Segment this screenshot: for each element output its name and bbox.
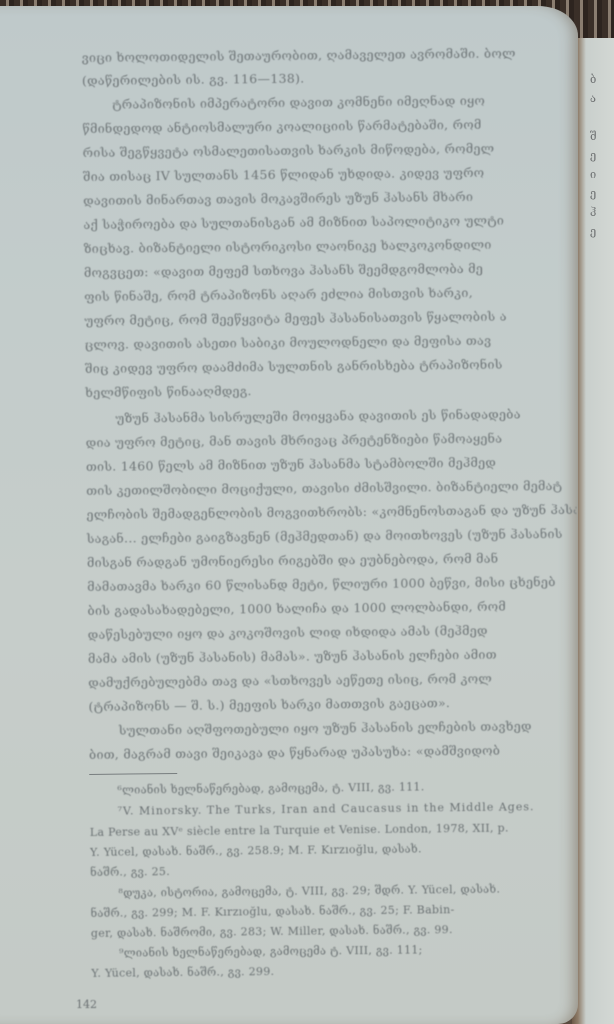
body-line: დია უფრო მეტიც, მან თავის მხრივაც პრეტენ… (86, 430, 576, 450)
footnote-line: La Perse au XVᵉ siècle entre la Turquie … (90, 821, 580, 839)
footnote-line: Y. Yücel, დასახ. ნაშრ., გვ. 299. (91, 962, 581, 980)
footnote-line: ნაშრ., გვ. 25. (90, 861, 580, 879)
body-line: ხელმწიფის წინააღმდეგ. (85, 380, 575, 400)
body-line: (ტრაპიზონს — შ. ს.) მეეფის ხარკი მათთვის… (88, 694, 578, 714)
footnote-divider (89, 773, 177, 775)
body-line: წმინდედოდ ანტიოსმალური კოალიციის წარმატე… (82, 116, 572, 136)
body-line: დამუქრებულებმა თავ და «სთხოვეს აეწეთე ის… (88, 670, 578, 690)
footnote-line: ნაშრ., გვ. 299; M. F. Kırzıoğlu, დასახ. … (91, 902, 581, 920)
body-line: ბის გადასახადებელი, 1000 ხალიჩა და 1000 … (87, 598, 577, 618)
page-number: 142 (76, 998, 97, 1011)
body-line: შია თისაც IV სულთანს 1456 წლიდან უხდიდა.… (83, 164, 573, 184)
page-text-block: ვიცი ხოლოთიდელის შეთაურობით, ღამაველეთ ა… (0, 1, 588, 1024)
footnote-line: ⁷V. Minorsky. The Turks, Iran and Caucas… (118, 800, 578, 818)
body-line: შიც კიდევ უფრო დაამძიმა სულთნის განრისხე… (85, 356, 575, 376)
body-line: დაწესებული იყო და კოკოშოვის ლიდ იხდიდა ა… (88, 622, 578, 642)
body-line: ბით, მაგრამ თავი შეიკავა და წყნარად უპას… (89, 742, 579, 762)
body-line: ფის წინაშე, რომ ტრაპიზონს აღარ ეძლია მის… (84, 284, 574, 304)
adjacent-page-text: ბ ა შ ე ი ე ჰ ე (590, 70, 614, 241)
body-line: ტრაპიზონის იმპერატორი დავით კომნენი იმეღ… (112, 92, 572, 112)
body-line: თის კეთილშობილი მოციქული, თავისი ძმისშვი… (86, 478, 576, 498)
footnote-line: ⁶ლიანის ხელნაწერებად, გამოცემა, ტ. VIII,… (117, 779, 577, 797)
body-line: ელჩობის შემადგენლობის მოგვითხრობს: «კომნ… (86, 502, 576, 522)
body-line: ცლოვ. დავითის ასეთი საბიკი მოულოდნელი და… (85, 332, 575, 352)
body-line: თის. 1460 წელს ამ მიზნით უზუნ ჰასანმა სტ… (86, 454, 576, 474)
body-line: ზიცხავ. ბიზანტიელი ისტორიკოსი ლაონიკე ხა… (84, 236, 574, 256)
body-line: უზუნ ჰასანმა სისრულეში მოიყვანა დავითის … (115, 406, 575, 426)
body-line: ვიცი ხოლოთიდელის შეთაურობით, ღამაველეთ ა… (82, 45, 572, 65)
body-line: დავითის მინართავ თავის მოკავშირეს უზუნ ჰ… (83, 188, 573, 208)
body-line: სულთანი აღშფოთებული იყო უზუნ ჰასანის ელჩ… (119, 718, 579, 738)
body-line: მისგან რადგან უმონიერესი რიგებში და ეუბნ… (87, 550, 577, 570)
body-line: რისა შეგწყვეტა ოსმალეთისათვის ხარკის მიწ… (83, 140, 573, 160)
body-line: საგან... ელჩები გაიგზავნენ (მეჰმედთან) დ… (87, 526, 577, 546)
footnote-line: ⁹ლიანის ხელნაწერებად, გამოცემა ტ. VIII, … (119, 942, 579, 960)
body-line: (დაწერილების ის. გვ. 116—138). (82, 68, 572, 88)
body-line: მამათავმა ხარკი 60 წლისანდ მეტი, წლიური … (87, 574, 577, 594)
body-line: მამა ამის (უზუნ ჰასანის) მამას». უზუნ ჰა… (88, 646, 578, 666)
body-line: მოგვცეთ: «დავით მეფემ სთხოვა ჰასანს შეემ… (84, 260, 574, 280)
book-page: ვიცი ხოლოთიდელის შეთაურობით, ღამაველეთ ა… (0, 6, 578, 1024)
body-line: აქ საჭიროება და სულთანისგან ამ მიზნით სა… (83, 212, 573, 232)
footnote-line: Y. Yücel, დასახ. ნაშრ., გვ. 258.9; M. F.… (90, 841, 580, 859)
footnote-line: ger, დასახ. ნაშრომი, გვ. 283; W. Miller,… (91, 922, 581, 940)
body-line: უფრო მეტიც, რომ შეეწყვიტა მეფეს ჰასანისა… (84, 308, 574, 328)
footnote-line: ⁸დუკა, ისტორია, გამოცემა, ტ. VIII, გვ. 2… (118, 882, 578, 900)
